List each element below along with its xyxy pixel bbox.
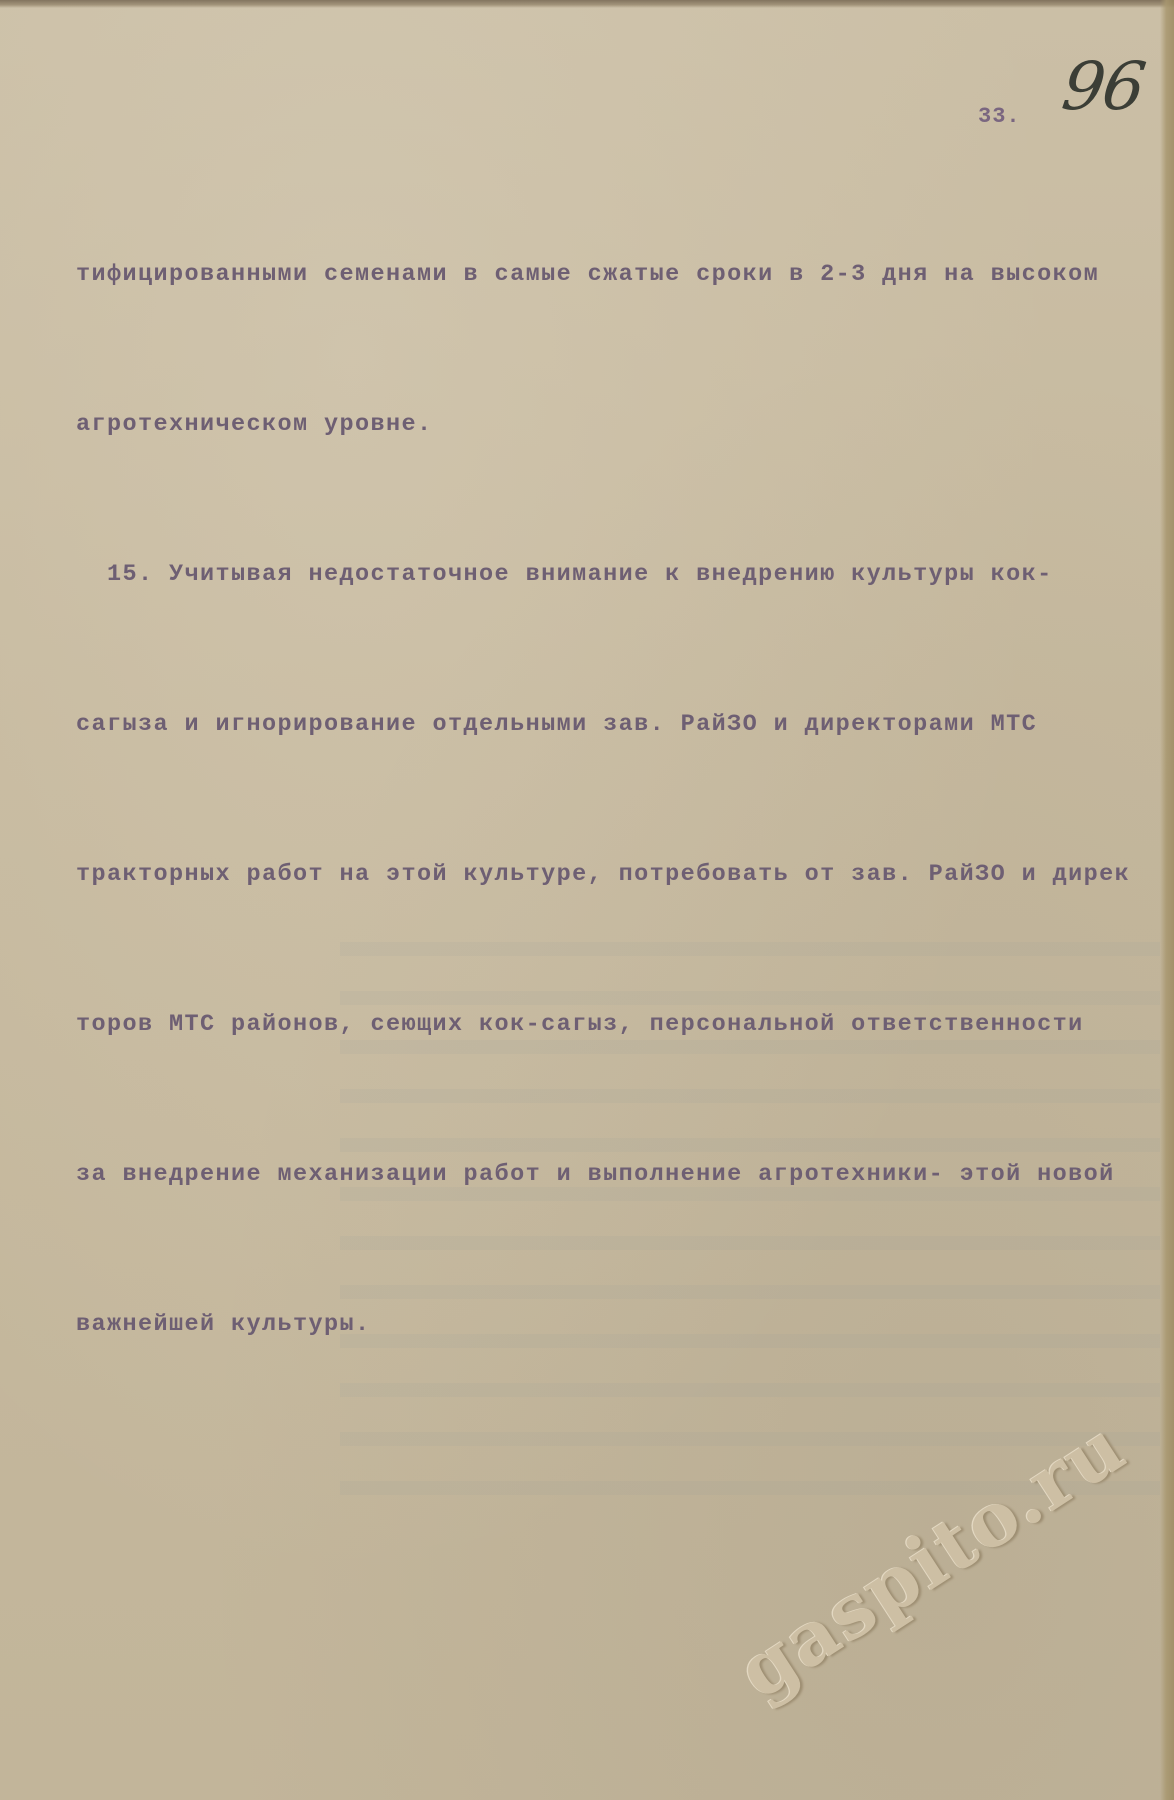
typed-text-body: тифицированными семенами в самые сжатые …: [76, 150, 1174, 1450]
text-line: тифицированными семенами в самые сжатые …: [76, 250, 1174, 300]
paragraph-15-line: 15. Учитывая недостаточное внимание к вн…: [76, 550, 1174, 600]
text-line: тракторных работ на этой культуре, потре…: [76, 850, 1174, 900]
text-line: сагыза и игнорирование отдельными зав. Р…: [76, 700, 1174, 750]
page-top-edge: [0, 0, 1174, 8]
handwritten-folio-number: 96: [1058, 48, 1149, 125]
text-line: торов МТС районов, сеющих кок-сагыз, пер…: [76, 1000, 1174, 1050]
typed-page-number: 33.: [978, 104, 1021, 129]
text-line: агротехническом уровне.: [76, 400, 1174, 450]
text-line: важнейшей культуры.: [76, 1300, 1174, 1350]
document-page: 33. 96 тифицированными семенами в самые …: [0, 0, 1174, 1800]
text-line: за внедрение механизации работ и выполне…: [76, 1150, 1174, 1200]
